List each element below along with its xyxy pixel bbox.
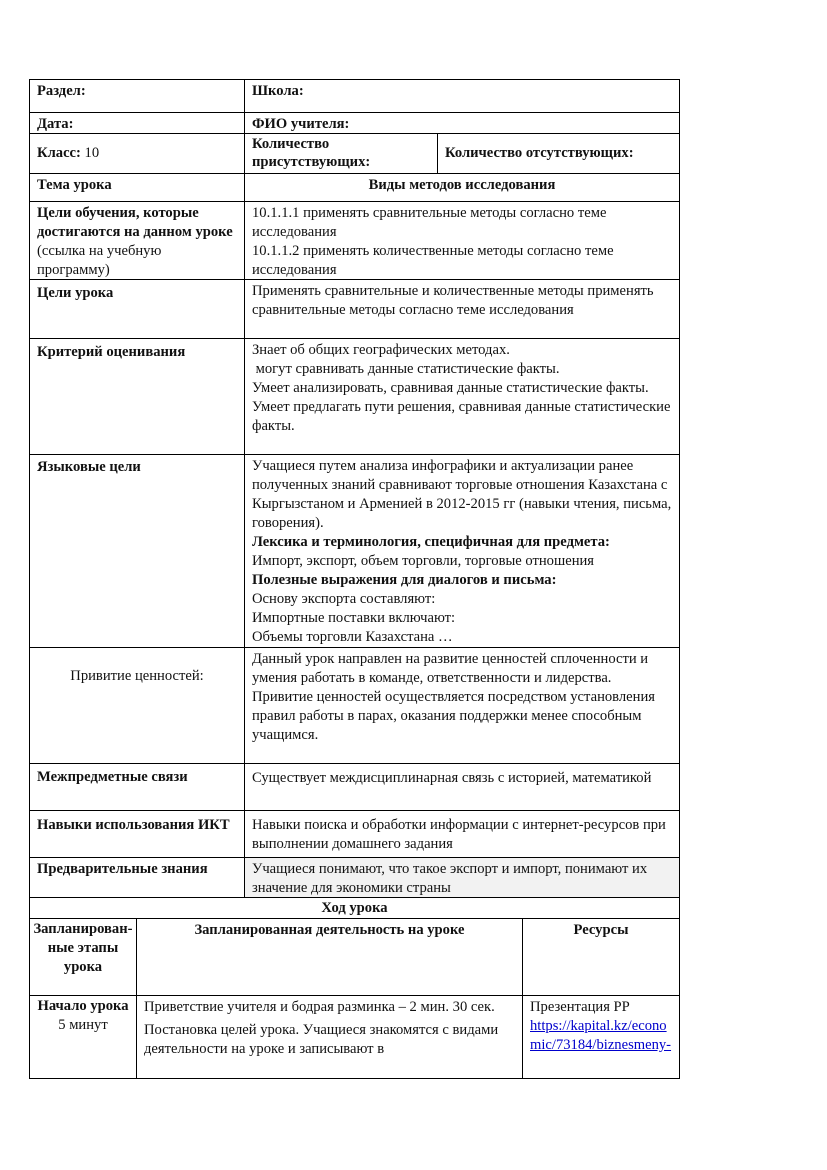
- col-header-stages: Запланирован-ные этапы урока: [29, 918, 137, 996]
- lesson-flow-title: Ход урока: [29, 897, 680, 919]
- stage-name: Начало урока: [33, 997, 133, 1016]
- criteria-item: Умеет предлагать пути решения, сравнивая…: [252, 398, 672, 436]
- absent-count-label: Количество отсутствующих:: [437, 133, 680, 174]
- phrase-item: Основу экспорта составляют:: [252, 590, 672, 609]
- interdisciplinary-label: Межпредметные связи: [29, 763, 245, 811]
- activity-item: Приветствие учителя и бодрая разминка – …: [144, 998, 515, 1017]
- col-header-activity: Запланированная деятельность на уроке: [136, 918, 523, 996]
- prior-knowledge-label: Предварительные знания: [29, 857, 245, 898]
- resources-cell: Презентация PP https://kapital.kz/econom…: [522, 995, 680, 1079]
- class-label: Класс:: [37, 145, 81, 161]
- learning-goal-item: 10.1.1.2 применять количественные методы…: [252, 242, 672, 280]
- learning-goals-label-note: (ссылка на учебную программу): [37, 243, 161, 278]
- values-label: Привитие ценностей:: [29, 647, 245, 764]
- teacher-label: ФИО учителя:: [244, 112, 680, 134]
- document-page: Раздел: Школа: Дата: ФИО учителя: Класс:…: [0, 0, 827, 1170]
- topic-label: Тема урока: [29, 173, 245, 202]
- topic-value: Виды методов исследования: [244, 173, 680, 202]
- language-goals-value: Учащиеся путем анализа инфографики и акт…: [244, 454, 680, 648]
- lesson-goals-value: Применять сравнительные и количественные…: [244, 279, 680, 339]
- prior-knowledge-value: Учащиеся понимают, что такое экспорт и и…: [244, 857, 680, 898]
- learning-goals-value: 10.1.1.1 применять сравнительные методы …: [244, 201, 680, 280]
- stage-time: 5 минут: [33, 1016, 133, 1035]
- activity-item: Постановка целей урока. Учащиеся знакомя…: [144, 1021, 515, 1059]
- values-item: Привитие ценностей осуществляется посред…: [252, 688, 672, 745]
- criteria-value: Знает об общих географических методах. м…: [244, 338, 680, 455]
- criteria-item: могут сравнивать данные статистические ф…: [252, 360, 672, 379]
- values-value: Данный урок направлен на развитие ценнос…: [244, 647, 680, 764]
- criteria-label: Критерий оценивания: [29, 338, 245, 455]
- class-value: 10: [85, 145, 100, 161]
- present-count-label: Количество присутствующих:: [244, 133, 438, 174]
- vocab-list: Импорт, экспорт, объем торговли, торговы…: [252, 552, 672, 571]
- school-label: Школа:: [244, 79, 680, 113]
- interdisciplinary-value: Существует междисциплинарная связь с ист…: [244, 763, 680, 811]
- language-goals-intro: Учащиеся путем анализа инфографики и акт…: [252, 457, 672, 533]
- phrase-item: Объемы торговли Казахстана …: [252, 628, 672, 647]
- ict-label: Навыки использования ИКТ: [29, 810, 245, 858]
- learning-goals-label-bold: Цели обучения, которые достигаются на да…: [37, 205, 233, 240]
- class-cell: Класс: 10: [29, 133, 245, 174]
- vocab-heading: Лексика и терминология, специфичная для …: [252, 533, 672, 552]
- phrase-item: Импортные поставки включают:: [252, 609, 672, 628]
- resource-text: Презентация PP: [530, 998, 672, 1017]
- activity-cell: Приветствие учителя и бодрая разминка – …: [136, 995, 523, 1079]
- learning-goal-item: 10.1.1.1 применять сравнительные методы …: [252, 204, 672, 242]
- stage-cell: Начало урока 5 минут: [29, 995, 137, 1079]
- language-goals-label: Языковые цели: [29, 454, 245, 648]
- learning-goals-label: Цели обучения, которые достигаются на да…: [29, 201, 245, 280]
- col-header-resources: Ресурсы: [522, 918, 680, 996]
- lesson-goals-label: Цели урока: [29, 279, 245, 339]
- ict-value: Навыки поиска и обработки информации с и…: [244, 810, 680, 858]
- resource-link[interactable]: https://kapital.kz/economic/73184/biznes…: [530, 1017, 672, 1055]
- criteria-item: Знает об общих географических методах.: [252, 341, 672, 360]
- criteria-item: Умеет анализировать, сравнивая данные ст…: [252, 379, 672, 398]
- section-label: Раздел:: [29, 79, 245, 113]
- date-label: Дата:: [29, 112, 245, 134]
- values-item: Данный урок направлен на развитие ценнос…: [252, 650, 672, 688]
- phrases-heading: Полезные выражения для диалогов и письма…: [252, 571, 672, 590]
